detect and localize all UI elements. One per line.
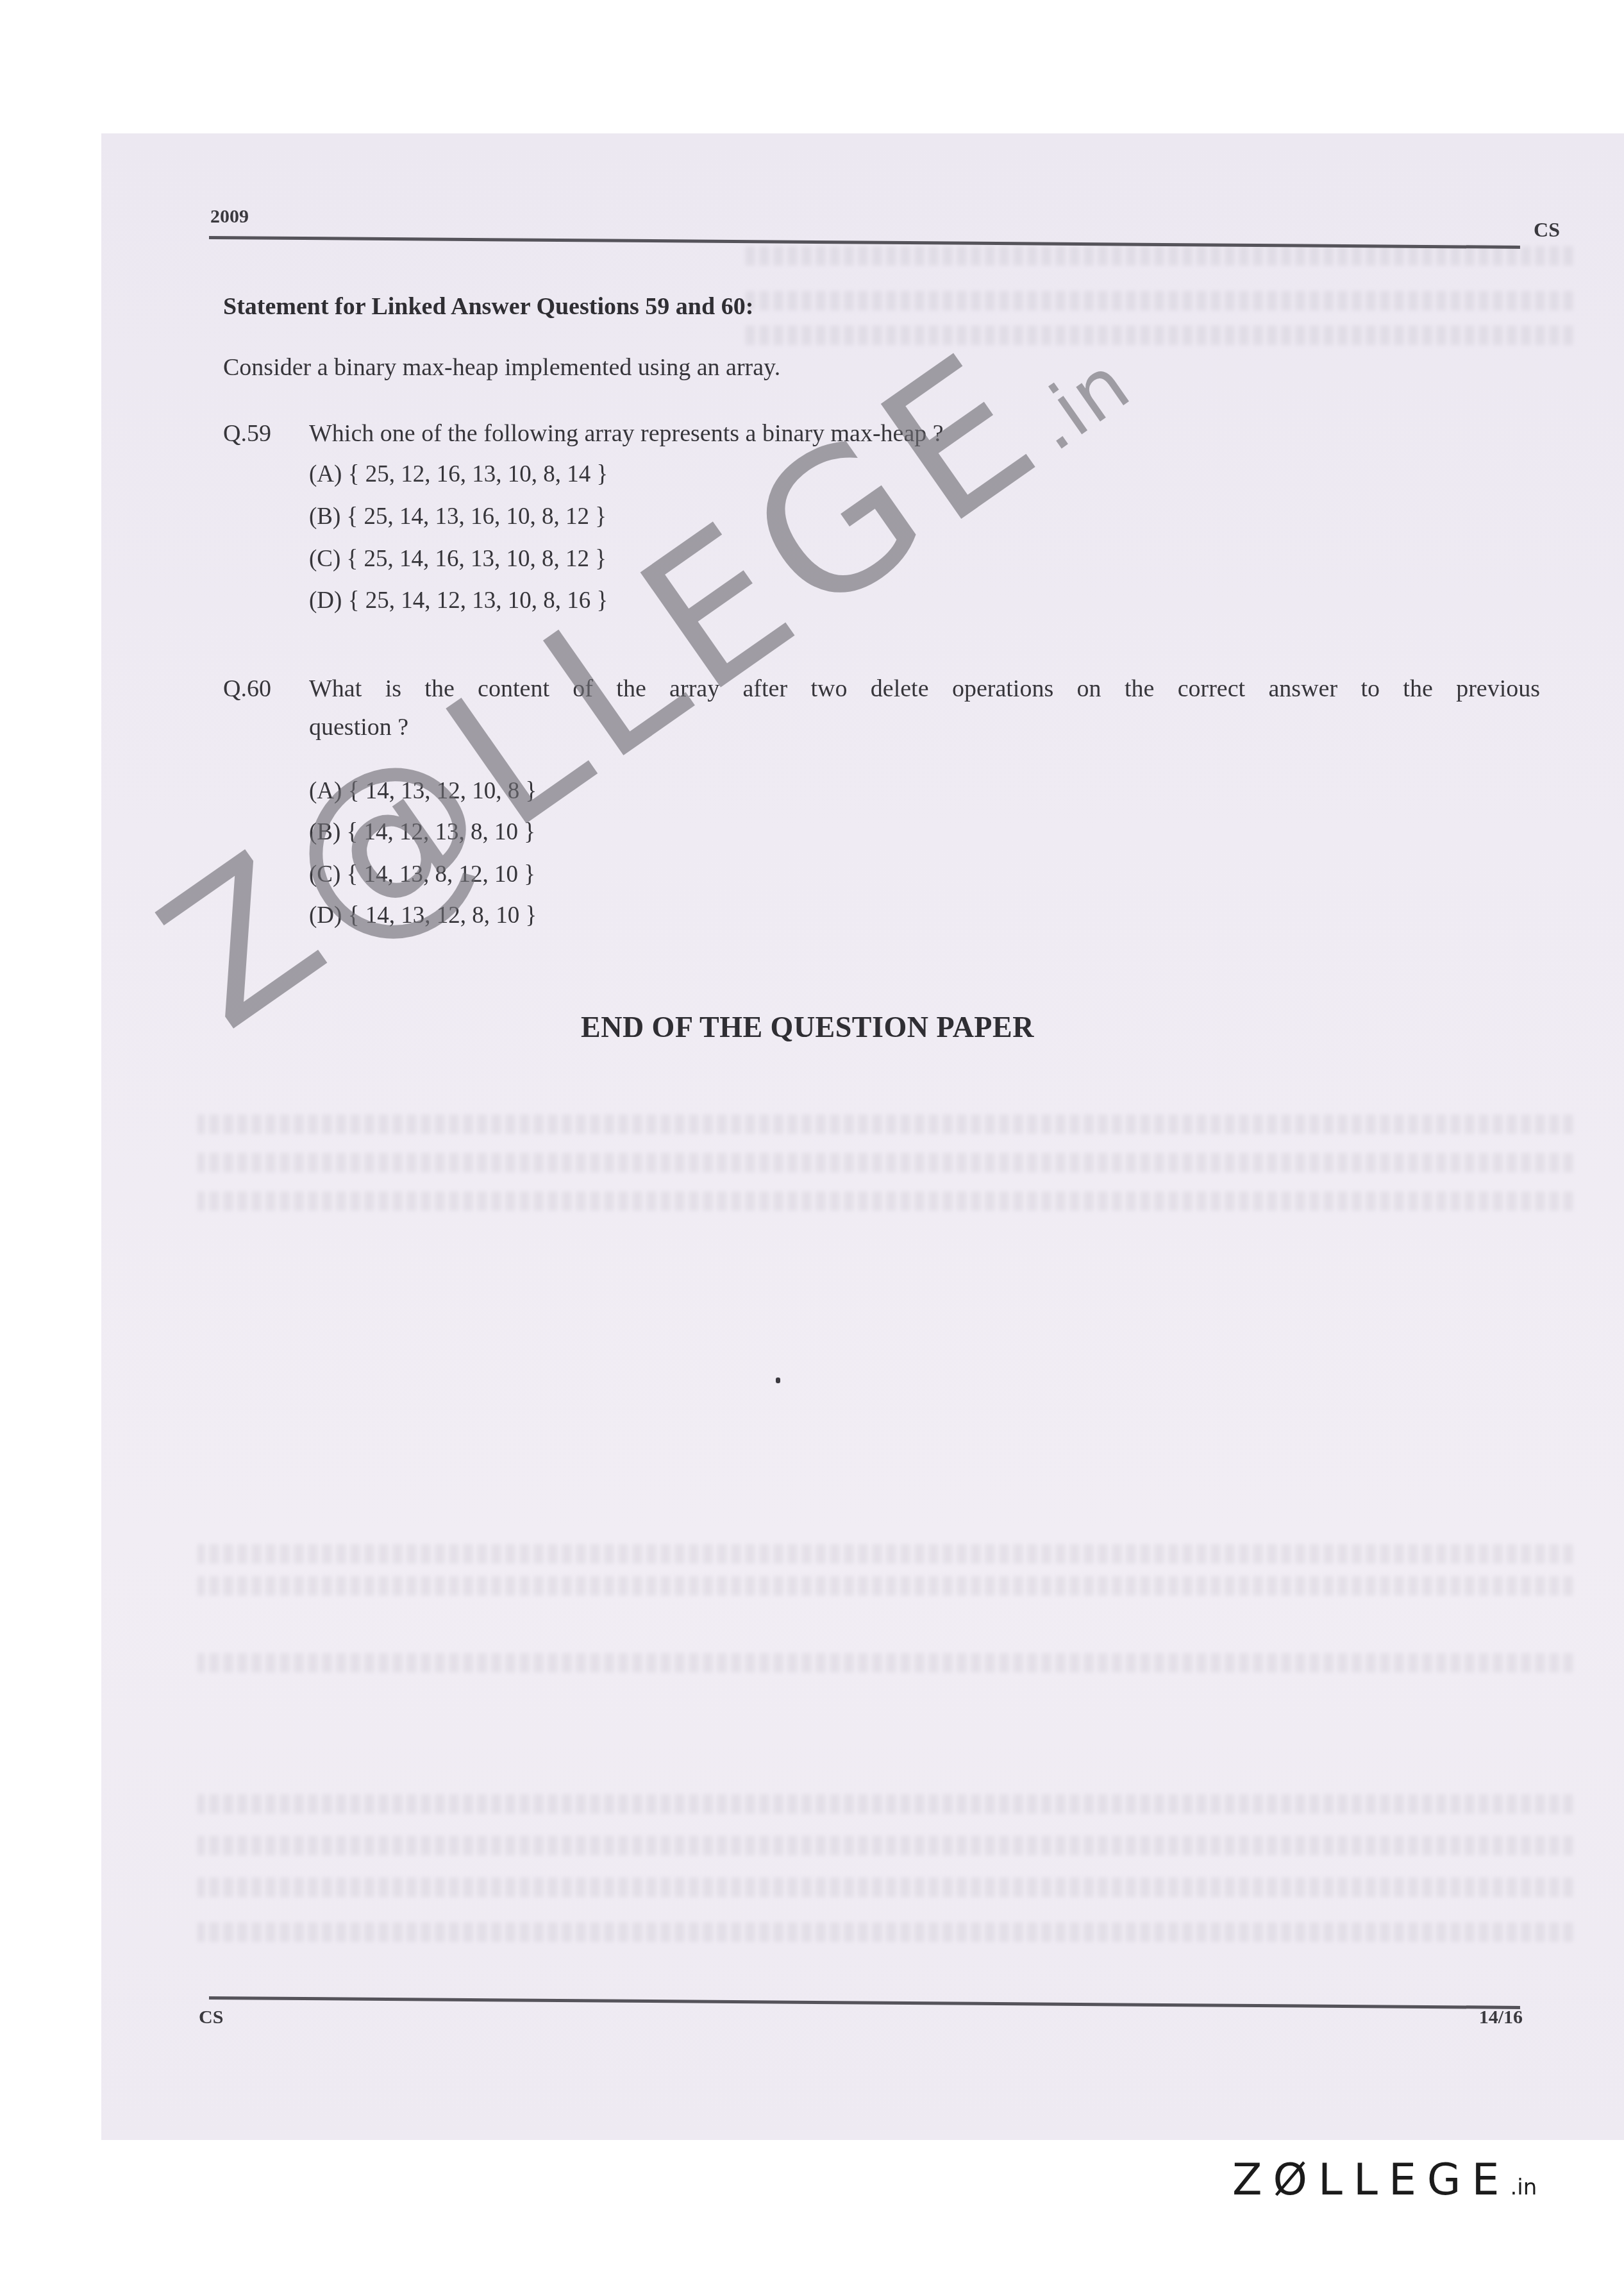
option-label: (D) xyxy=(309,587,342,614)
option-label: (C) xyxy=(309,546,340,572)
statement-title: Statement for Linked Answer Questions 59… xyxy=(223,292,753,321)
bleed-through xyxy=(742,291,1573,310)
statement-body: Consider a binary max-heap implemented u… xyxy=(223,353,780,382)
bleed-through xyxy=(197,1653,1573,1672)
logo-suffix: .in xyxy=(1511,2175,1537,2200)
bleed-through xyxy=(742,326,1573,345)
footer-rule xyxy=(209,1996,1520,2009)
bleed-through xyxy=(197,1115,1573,1134)
header-subject-code: CS xyxy=(1534,218,1560,242)
bleed-through xyxy=(742,246,1573,265)
bleed-through xyxy=(197,1923,1573,1942)
option-value: { 25, 14, 13, 16, 10, 8, 12 } xyxy=(347,503,607,530)
bleed-through xyxy=(197,1878,1573,1897)
q59-option-c: (C) { 25, 14, 16, 13, 10, 8, 12 } xyxy=(309,545,607,573)
option-label: (A) xyxy=(309,461,342,487)
bleed-through xyxy=(197,1544,1573,1563)
footer-subject-code: CS xyxy=(199,2007,223,2028)
bleed-through xyxy=(197,1836,1573,1855)
question-number-59: Q.59 xyxy=(223,419,271,448)
q59-option-a: (A) { 25, 12, 16, 13, 10, 8, 14 } xyxy=(309,460,608,488)
logo-text: ZØLLEGE xyxy=(1232,2155,1511,2205)
brand-logo: ZØLLEGE.in xyxy=(1232,2159,1537,2202)
bleed-through xyxy=(197,1576,1573,1596)
bleed-through xyxy=(197,1192,1573,1211)
option-label: (B) xyxy=(309,503,340,530)
question-number-60: Q.60 xyxy=(223,675,271,703)
end-of-paper-heading: END OF THE QUESTION PAPER xyxy=(581,1010,1034,1044)
header-year: 2009 xyxy=(210,206,249,228)
bleed-through xyxy=(197,1794,1573,1814)
bleed-through xyxy=(197,1153,1573,1172)
q59-option-b: (B) { 25, 14, 13, 16, 10, 8, 12 } xyxy=(309,503,607,530)
option-value: { 25, 14, 16, 13, 10, 8, 12 } xyxy=(347,546,607,572)
scan-speck xyxy=(776,1377,780,1383)
footer-page-number: 14/16 xyxy=(1479,2007,1523,2028)
option-value: { 25, 12, 16, 13, 10, 8, 14 } xyxy=(348,461,608,487)
